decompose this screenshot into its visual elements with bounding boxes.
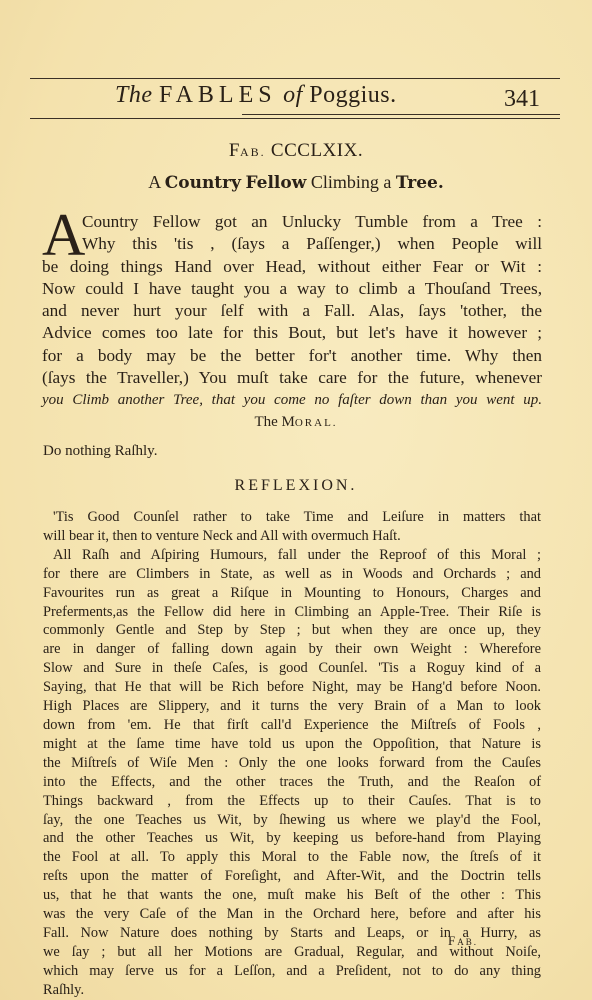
reflexion-line: Slow and Sure in theſe Caſes, is good Co… xyxy=(43,659,541,678)
title-word-fellow: Fellow xyxy=(246,173,307,193)
fable-line: you Climb another Tree, that you come no… xyxy=(42,389,542,411)
fable-line: Now could I have taught you a way to cli… xyxy=(42,278,542,300)
fable-line: Why this 'tis , (ſays a Paſſenger,) when… xyxy=(42,233,542,255)
reflexion-line: ſay, the one Teaches us Wit, by ſhewing … xyxy=(43,811,541,830)
title-fables: FABLES xyxy=(159,82,277,108)
reflexion-line: will bear it, then to venture Neck and A… xyxy=(43,527,541,546)
fable-line: and never hurt your ſelf with a Fall. Al… xyxy=(42,300,542,322)
fable-body: Country Fellow got an Unlucky Tumble fro… xyxy=(42,211,542,412)
reflexion-line: us, that he that wants the one, muſt mak… xyxy=(43,886,541,905)
moral-text: Do nothing Raſhly. xyxy=(43,443,157,460)
fable-line: Country Fellow got an Unlucky Tumble fro… xyxy=(42,211,542,233)
header-rule-underline xyxy=(242,114,560,115)
reflexion-line: was the very Caſe of the Man in the Orch… xyxy=(43,905,541,924)
reflexion-line: are in danger of falling down again by t… xyxy=(43,640,541,659)
reflexion-line: into the Effects, and the other traces t… xyxy=(43,773,541,792)
moral-heading-the: The xyxy=(254,414,277,430)
fable-number: FAB. CCCLXIX. xyxy=(0,140,592,162)
reflexion-line: reſts upon the matter of Foreſight, and … xyxy=(43,867,541,886)
title-poggius: Poggius. xyxy=(309,82,396,108)
title-word-country: Country xyxy=(165,173,241,193)
running-title: The FABLES of Poggius. xyxy=(115,82,397,109)
reflexion-line: and the other Teaches us Wit, by keeping… xyxy=(43,829,541,848)
fab-roman-numeral: CCCLXIX. xyxy=(271,140,363,161)
reflexion-line: for there are Climbers in State, as well… xyxy=(43,565,541,584)
reflexion-line: might at the ſame time have told us upon… xyxy=(43,735,541,754)
catchword: FAB. xyxy=(448,933,478,949)
reflexion-heading: REFLEXION. xyxy=(0,477,592,495)
fable-title: A Country Fellow Climbing a Tree. xyxy=(0,172,592,193)
reflexion-line: the Fool at all. To apply this Moral to … xyxy=(43,848,541,867)
fable-line: Advice comes too late for this Bout, but… xyxy=(42,322,542,344)
moral-heading-oral: ORAL. xyxy=(295,417,338,429)
catchword-f: F xyxy=(448,933,457,948)
title-word-climbing: Climbing a xyxy=(311,172,392,192)
reflexion-line: Things backward , from the Effects up to… xyxy=(43,792,541,811)
moral-heading-m: M xyxy=(282,414,295,430)
header-rule-bottom xyxy=(30,118,560,119)
book-page: The FABLES of Poggius. 341 FAB. CCCLXIX.… xyxy=(0,0,592,1000)
reflexion-line: the Miſtreſs of Wiſe Men : Only the one … xyxy=(43,754,541,773)
reflexion-line: All Raſh and Aſpiring Humours, fall unde… xyxy=(43,546,541,565)
title-of: of xyxy=(283,82,303,108)
fable-line: for a body may be the better for't anoth… xyxy=(42,345,542,367)
header-rule-top xyxy=(30,78,560,79)
reflexion-line: Raſhly. xyxy=(43,981,541,1000)
fable-line: be doing things Hand over Head, without … xyxy=(42,256,542,278)
page-number: 341 xyxy=(504,86,540,113)
fab-label-f: F xyxy=(229,140,240,161)
reflexion-body: 'Tis Good Counſel rather to take Time an… xyxy=(43,508,541,1000)
reflexion-line: commonly Gentle and Step by Step ; but w… xyxy=(43,621,541,640)
reflexion-line: High Places are Slippery, and it turns t… xyxy=(43,697,541,716)
reflexion-line: down from 'em. He that firſt call'd Expe… xyxy=(43,716,541,735)
title-the: The xyxy=(115,82,153,108)
title-word-a: A xyxy=(148,172,160,192)
reflexion-line: 'Tis Good Counſel rather to take Time an… xyxy=(43,508,541,527)
moral-heading: The MORAL. xyxy=(0,414,592,431)
reflexion-line: Preferments,as the Fellow did here in Cl… xyxy=(43,603,541,622)
fab-label-ab: AB. xyxy=(240,145,266,159)
reflexion-line: Favourites run as great a Riſque in Moun… xyxy=(43,584,541,603)
fable-line: (ſays the Traveller,) You muſt take care… xyxy=(42,367,542,389)
title-word-tree: Tree. xyxy=(396,173,444,193)
catchword-ab: AB. xyxy=(457,937,478,947)
reflexion-line: which may ſerve us for a Leſſon, and a P… xyxy=(43,962,541,981)
reflexion-line: Saying, that He that will be Rich before… xyxy=(43,678,541,697)
